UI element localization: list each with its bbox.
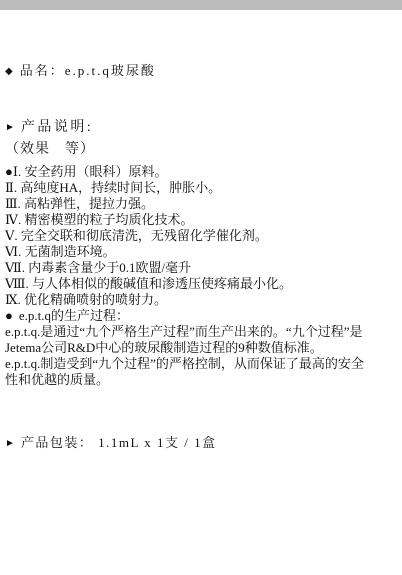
process-paragraph: e.p.t.q.是通过“九个严格生产过程”而生产出来的。“九个过程”是 Jete…: [5, 324, 396, 388]
paragraph-line: e.p.t.q.制造受到“九个过程”的严格控制，从而保证了最高的安全: [5, 356, 396, 372]
feature-line: Ⅶ. 内毒素含量少于0.1欧盟/毫升: [5, 260, 396, 276]
feature-line: Ⅷ. 与人体相似的酸碱值和渗透压使疼痛最小化。: [5, 276, 396, 292]
product-detail-document: ◆品名：e.p.t.q玻尿酸 ►产品说明: （效果 等） ●Ⅰ. 安全药用（眼科…: [0, 0, 402, 575]
feature-line: Ⅳ. 精密模塑的粒子均质化技术。: [5, 212, 396, 228]
features-list: ●Ⅰ. 安全药用（眼科）原料。 Ⅱ. 高纯度HA，持续时间长，肿胀小。 Ⅲ. 高…: [5, 164, 396, 308]
feature-line: Ⅵ. 无菌制造环境。: [5, 244, 396, 260]
document-content: ◆品名：e.p.t.q玻尿酸 ►产品说明: （效果 等） ●Ⅰ. 安全药用（眼科…: [0, 60, 402, 451]
circle-bullet-icon: ●: [5, 308, 13, 323]
paragraph-line: Jetema公司R&D中心的玻尿酸制造过程的9种数值标准。: [5, 340, 396, 356]
packaging-text: 产品包装： 1.1mL x 1支 / 1盒: [21, 435, 217, 450]
feature-line: Ⅸ. 优化精确喷射的喷射力。: [5, 292, 396, 308]
process-title-line: ●e.p.t.q的生产过程：: [5, 308, 396, 324]
diamond-bullet-icon: ◆: [5, 66, 13, 77]
feature-line: Ⅱ. 高纯度HA，持续时间长，肿胀小。: [5, 180, 396, 196]
packaging-line: ►产品包装： 1.1mL x 1支 / 1盒: [5, 432, 396, 451]
feature-line: ●Ⅰ. 安全药用（眼科）原料。: [5, 164, 396, 180]
product-name-line: ◆品名：e.p.t.q玻尿酸: [5, 60, 396, 79]
product-name-text: 品名：e.p.t.q玻尿酸: [20, 63, 156, 78]
process-title-text: e.p.t.q的生产过程：: [19, 308, 129, 323]
feature-line: Ⅲ. 高粘弹性，提拉力强。: [5, 196, 396, 212]
top-divider-bar: [0, 0, 402, 10]
feature-line: Ⅴ. 完全交联和彻底清洗，无残留化学催化剂。: [5, 228, 396, 244]
paragraph-line: 性和优越的质量。: [5, 372, 396, 388]
effects-subtitle: （效果 等）: [5, 138, 396, 158]
paragraph-line: e.p.t.q.是通过“九个严格生产过程”而生产出来的。“九个过程”是: [5, 324, 396, 340]
product-description-title-text: 产品说明:: [21, 120, 93, 135]
product-description-title: ►产品说明:: [5, 116, 396, 136]
arrow-bullet-icon: ►: [5, 122, 15, 133]
arrow-bullet-icon: ►: [5, 438, 15, 449]
